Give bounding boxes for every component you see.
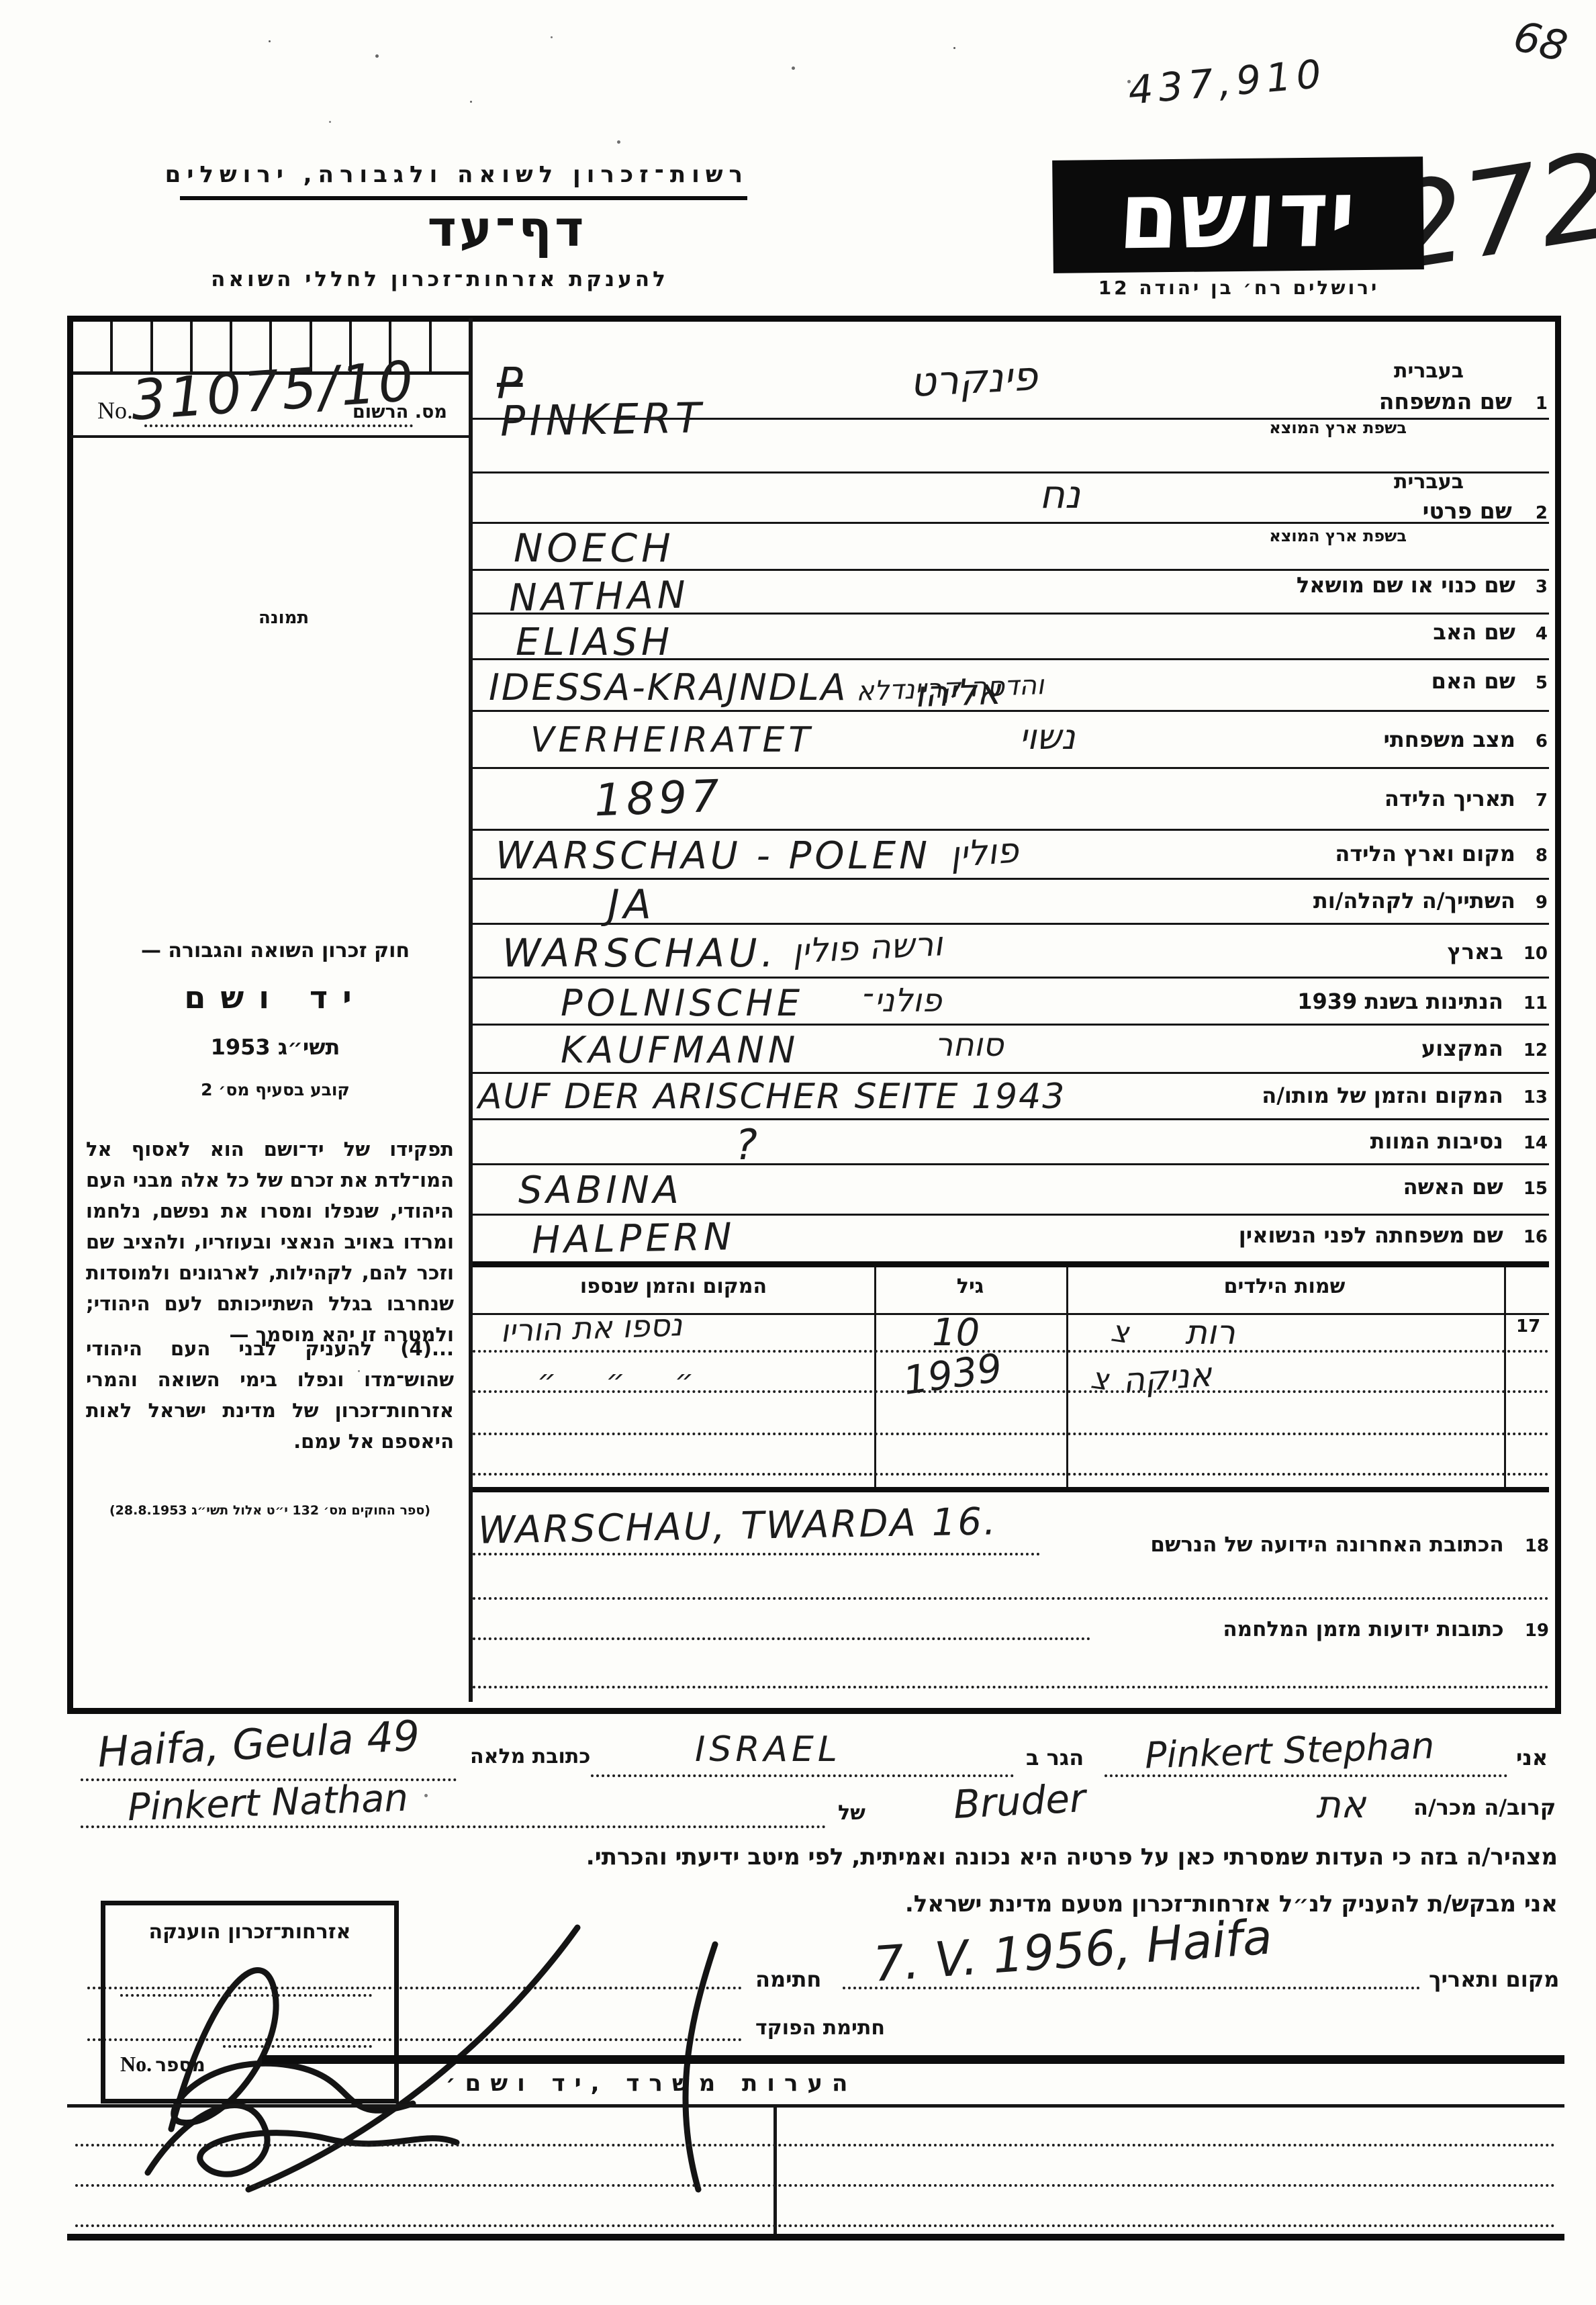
answer-mother-name: IDESSA-KRAJNDLA [489,666,847,709]
row-line [473,1118,1549,1120]
field-2-label-block: בעברית 2 שם פרטי בשפת ארץ המוצא [1162,470,1548,545]
deceased-name-handwritten: Pinkert Nathan [127,1776,409,1830]
answer-profession-hebrew: סוחר [935,1026,1004,1064]
place-date-handwritten: 7. V. 1956, Haifa [872,1908,1274,1992]
place-date-line [843,1987,1420,1989]
children-place-header: המקום והזמן שנספו [473,1275,874,1298]
answer-first-name: NOECH [514,525,675,571]
row-line [473,710,1549,712]
field-6-label: 6מצב משפחתי [1162,727,1548,752]
answer-last-address: WARSCHAU, TWARDA 16. [477,1500,998,1552]
field-16-label: 16שם משפחתה לפני הנשואין [1162,1222,1548,1248]
law-year: תשי״ג 1953 [101,1034,450,1060]
children-num-divider [1504,1267,1506,1490]
answer-profession: KAUFMANN [561,1029,799,1071]
answer-country: WARSCHAU. [502,930,778,976]
field-label: שם האב [1433,619,1515,645]
children-row-line [473,1433,1549,1435]
field-9-label: 9השתייך/ה לקהלה/ות [1162,888,1548,913]
field-label: המקום והזמן של מותו/ה [1262,1083,1503,1108]
witness-name-line [1105,1774,1507,1777]
granted-no-label: No. [120,2052,152,2076]
children-row-line [473,1350,1549,1353]
answer-nickname: NATHAN [508,574,690,621]
field-label: השתייך/ה לקהלה/ות [1313,888,1515,913]
field-label: המקצוע [1421,1036,1503,1061]
field-4-label: 4שם האב [1162,619,1548,645]
index-box [432,322,469,371]
row-line [473,767,1549,769]
index-box [113,322,152,371]
field-14-label: 14נסיבות המוות [1162,1128,1548,1154]
field-number: 1 [1536,394,1548,414]
field-number: 19 [1525,1621,1549,1641]
residing-label: הגר ב [1026,1745,1084,1770]
declaration-request: אני מבקש/ת להעניק לנ״ל אזרחות־זכרון מטעם… [752,1891,1558,1917]
field-label: הנתינות בשנת 1939 [1297,989,1503,1014]
answer-death-place-time: AUF DER ARISCHER SEITE 1943 [478,1077,1066,1117]
child-fate-ditto: ״ ״ ״ [537,1363,714,1398]
law-section: קובע בסעיף מס׳ 2 [101,1080,450,1099]
field-1-mainlabel: 1 שם המשפחה [1162,388,1548,414]
notes-row-line [75,2184,1556,2187]
answer-birth-date: 1897 [594,770,724,827]
field-1-label-block: בעברית 1 שם המשפחה בשפת ארץ המוצא [1162,359,1548,437]
of-label: של [838,1801,865,1825]
field-number: 12 [1523,1040,1548,1060]
no-label: No. [97,396,133,424]
field-number: 5 [1536,673,1548,693]
field-number: 2 [1536,503,1548,523]
logo-address: ירושלים רח׳ בן יהודה 12 [1061,277,1417,299]
handwritten-file-number: 437,910 [1127,50,1329,114]
field-number: 7 [1536,790,1548,811]
relative-label: קרוב/ה מכר/ה [1413,1795,1556,1820]
field-3-label: 3שם כנוי או שם מושאל [1162,572,1548,598]
org-name: רשות־זכרון לשואה ולגבורה, ירושלים [171,161,749,188]
answer-first-name-hebrew: נח [1039,471,1080,517]
relative-particle-handwritten: את [1316,1783,1366,1827]
no-row-underline [71,435,469,438]
answer-birth-place-hebrew: פולין [949,831,1020,876]
answer-citizenship-hebrew: פולני־ [863,982,942,1020]
field-number: 16 [1523,1227,1548,1247]
field-19-label: 19 כתובות ידועות מזמן המלחמה [1094,1617,1549,1641]
answer-father-name: ELIASH [516,621,673,664]
notes-bottom-border [67,2234,1564,2241]
field-8-label: 8מקום וארץ הלידה [1162,841,1548,866]
witness-name-handwritten: Pinkert Stephan [1144,1724,1435,1776]
answer-birth-place: WARSCHAU - POLEN [496,834,931,878]
section-17-top-border [473,1261,1549,1267]
field-label: מקום וארץ הלידה [1335,841,1515,866]
notes-row-line [75,2224,1556,2227]
field-label: שם משפחתה לפני הנשואין [1239,1222,1503,1248]
granted-dotted-2 [223,2045,372,2048]
field-number: 8 [1536,846,1548,866]
field-18-dotted [473,1553,1040,1555]
row-line [473,1214,1549,1216]
field-5-label: 5שם האם [1162,668,1548,694]
children-col-divider [1066,1267,1068,1490]
declaration-statement: מצהיר/ה בזה כי העדות שמסרתי כאן על פרטיה… [316,1844,1558,1870]
field-2-mainlabel: 2 שם פרטי [1162,498,1548,524]
field-label: הכתובת האחרונה הידועה של הנרשם [1150,1533,1503,1557]
child-fate: נספו את הוריו [500,1306,683,1349]
office-notes-title: הערות משרד ,יד ושם׳ [403,2070,900,2097]
field-label: כתובות ידועות מזמן המלחמה [1223,1617,1503,1641]
field-11-label: 11הנתינות בשנת 1939 [1162,989,1548,1014]
field-2-sublabel: בשפת ארץ המוצא [1162,527,1407,545]
notes-row-line [75,2144,1556,2146]
field-number: 14 [1523,1133,1548,1153]
row-line [473,1072,1549,1074]
field-number: 11 [1523,993,1548,1013]
relation-handwritten: Bruder [952,1775,1086,1827]
field-number: 15 [1523,1179,1548,1199]
granted-no: No. מספר [120,2052,215,2077]
field-19-dotted [473,1637,1090,1640]
law-paragraph-1: תפקידו של יד־ושם הוא לאסוף אל המו־לדת את… [86,1134,454,1350]
row-line [473,1163,1549,1165]
field-number: 13 [1523,1087,1548,1108]
answer-mother-name-hebrew: והדסה קריינדלא [855,670,1044,707]
children-age-header: גיל [874,1275,1066,1298]
answer-wife-name: SABINA [518,1169,683,1212]
corner-handwritten-mark: 68 [1509,11,1572,72]
law-heading: חוק זכרון השואה והגבורה — [101,939,450,962]
field-10-label: 10בארץ [1162,939,1548,964]
field-number: 4 [1536,624,1548,644]
answer-death-circumstances: ? [735,1120,757,1169]
answer-maiden-name: HALPERN [531,1215,736,1262]
scanned-testimony-page: 68 437,910 272 רשות־זכרון לשואה ולגבורה,… [0,0,1596,2305]
yad-vashem-logo: ידושם [1052,156,1424,273]
children-row-line [473,1473,1549,1476]
index-box [153,322,193,371]
law-name-big: יד ושם [101,979,450,1015]
field-label: שם כנוי או שם מושאל [1297,572,1515,598]
field-19-dotted-2 [473,1686,1549,1688]
declaration-i-label: אני [1516,1745,1548,1770]
children-col-divider [874,1267,876,1490]
logo-text: ידושם [1117,160,1360,271]
notes-table-divider [773,2104,777,2236]
child-name: רות [1185,1313,1235,1352]
answer-marital-status-hebrew: נשוי [1019,717,1075,758]
answer-citizenship: POLNISCHE [561,982,804,1024]
granted-dotted-1 [120,1994,372,1997]
answer-family-name: PINKERT [500,393,705,445]
country-handwritten: ISRAEL [695,1729,841,1770]
field-13-label: 13המקום והזמן של מותו/ה [1162,1083,1548,1108]
address-handwritten: Haifa, Geula 49 [96,1711,421,1776]
notes-top-bar [262,2055,1564,2064]
child-name: אניקה [1121,1355,1213,1400]
children-names-header: שמות הילדים [1066,1275,1503,1298]
photo-label: תמונה [259,608,309,628]
field-number: 3 [1536,577,1548,597]
place-date-label: מקום ותאריך [1429,1967,1559,1992]
country-line [591,1774,1014,1777]
field-number: 10 [1523,944,1548,964]
field-label: בארץ [1448,939,1503,964]
answer-country-hebrew: ורשה פולין [792,924,944,971]
index-box [73,322,113,371]
field-number: 6 [1536,731,1548,752]
law-footnote: (ספר החוקים מס׳ 132 י״ט אלול תשי״ג 28.8.… [86,1503,454,1518]
granted-box: אזרחות־זכרון הוענקה No. מספר [101,1901,399,2104]
answer-marital-status: VERHEIRATET [530,720,814,760]
field-18-label: 18 הכתובת האחרונה הידועה של הנרשם [1037,1533,1549,1557]
field-7-label: 7תאריך הלידה [1162,786,1548,811]
scan-noise [269,40,271,42]
children-bottom-border [473,1487,1549,1492]
answer-community: JA [608,881,655,928]
field-label: מצב משפחתי [1383,727,1515,752]
field-1-sublabel: בשפת ארץ המוצא [1162,418,1407,437]
field-number: 9 [1536,893,1548,913]
field-label: נסיבות המוות [1370,1128,1503,1154]
deceased-name-line [81,1825,826,1828]
notes-table-top [67,2104,1564,2108]
field-17-number: 17 [1516,1316,1540,1337]
field-18-dotted-2 [473,1597,1549,1600]
row-line [473,977,1549,979]
form-title: דף־עד [410,200,604,258]
field-label: תאריך הלידה [1384,786,1515,811]
field-label: שם האם [1431,668,1515,694]
form-subtitle: להענקת אזרחות־זכרון לחללי השואה [195,267,685,291]
field-number: 18 [1525,1536,1549,1556]
answer-family-name-hebrew: פינקרט [908,353,1039,406]
field-2-toplabel: בעברית [1162,470,1464,494]
field-label: שם האשה [1403,1174,1503,1200]
field-15-label: 15שם האשה [1162,1174,1548,1200]
field-label: שם פרטי [1423,498,1512,524]
granted-title: אזרחות־זכרון הוענקה [105,1920,394,1944]
field-label: שם המשפחה [1379,388,1512,414]
field-12-label: 12המקצוע [1162,1036,1548,1061]
full-address-label: כתובת מלאה [470,1745,590,1768]
row-line [473,878,1549,880]
panel-divider [469,318,473,1702]
law-paragraph-2: ‏...(4) להעניק לבני העם היהודי שהוש־מדו … [86,1333,454,1457]
field-1-toplabel: בעברית [1162,359,1464,383]
granted-number-label: מספר [155,2054,205,2076]
